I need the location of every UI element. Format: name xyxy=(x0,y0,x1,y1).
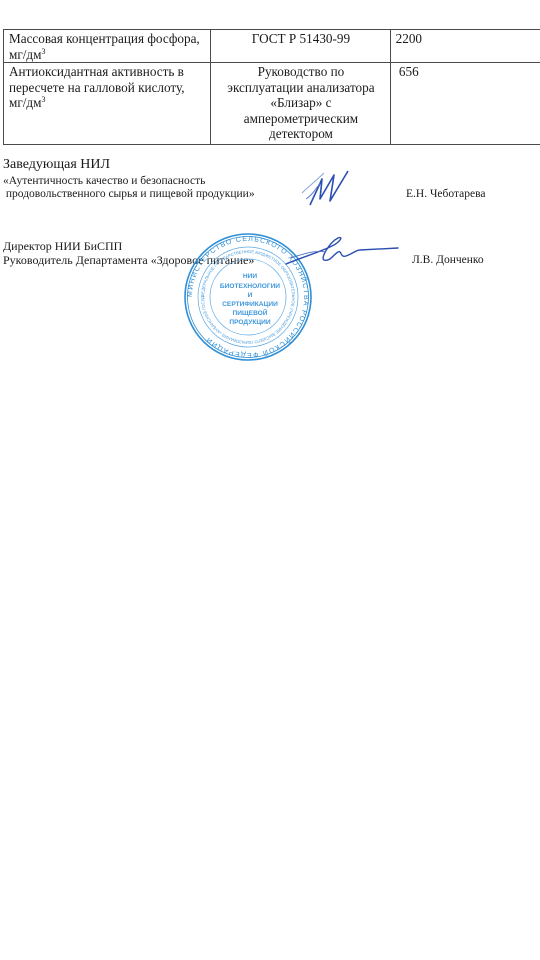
svg-text:СЕРТИФИКАЦИИ: СЕРТИФИКАЦИИ xyxy=(222,301,278,308)
unit-superscript: 3 xyxy=(41,95,45,104)
method-text: «Близар» с xyxy=(270,95,331,110)
signature-icon xyxy=(298,165,358,210)
svg-text:И: И xyxy=(248,292,253,299)
table-row: Массовая концентрация фосфора, мг/дм3 ГО… xyxy=(4,30,540,63)
method-text: эксплуатации анализатора xyxy=(227,80,374,95)
unit-text: мг/дм xyxy=(9,47,41,62)
value-text: 2200 xyxy=(396,31,422,46)
method-text: амперометрическим xyxy=(244,111,358,126)
indicator-cell: Антиоксидантная активность в пересчете н… xyxy=(4,63,211,145)
svg-text:ПИЩЕВОЙ: ПИЩЕВОЙ xyxy=(232,308,267,317)
indicator-text: пересчете на галловой кислоту, xyxy=(9,80,185,95)
method-text: Руководство по xyxy=(258,64,345,79)
method-text: детектором xyxy=(269,126,333,141)
indicator-cell: Массовая концентрация фосфора, мг/дм3 xyxy=(4,30,211,63)
method-text: ГОСТ Р 51430-99 xyxy=(252,31,350,46)
value-cell: 656 xyxy=(390,63,540,145)
signatory-name: Л.В. Донченко xyxy=(412,254,484,266)
signatory-department: продовольственного сырья и пищевой проду… xyxy=(3,188,255,201)
svg-text:ПРОДУКЦИИ: ПРОДУКЦИИ xyxy=(229,319,271,326)
table-row: Антиоксидантная активность в пересчете н… xyxy=(4,63,540,145)
value-cell: 2200 xyxy=(390,30,540,63)
method-cell: Руководство по эксплуатации анализатора … xyxy=(211,63,390,145)
unit-superscript: 3 xyxy=(41,47,45,56)
unit-text: мг/дм xyxy=(9,95,41,110)
signatory-block-head-of-lab: Заведующая НИЛ «Аутентичность качество и… xyxy=(3,157,255,201)
svg-text:БИОТЕХНОЛОГИИ: БИОТЕХНОЛОГИИ xyxy=(220,283,280,290)
signatory-name: Е.Н. Чеботарева xyxy=(406,188,486,200)
signatory-position: Заведующая НИЛ xyxy=(3,157,255,173)
indicator-text: Антиоксидантная активность в xyxy=(9,64,184,79)
signatory-department: «Аутентичность качество и безопасность xyxy=(3,175,255,188)
signature-icon xyxy=(280,232,400,272)
method-cell: ГОСТ Р 51430-99 xyxy=(211,30,390,63)
indicator-text: Массовая концентрация фосфора, xyxy=(9,31,200,46)
results-table: Массовая концентрация фосфора, мг/дм3 ГО… xyxy=(3,29,540,145)
svg-text:НИИ: НИИ xyxy=(243,273,258,280)
value-text: 656 xyxy=(399,64,419,79)
